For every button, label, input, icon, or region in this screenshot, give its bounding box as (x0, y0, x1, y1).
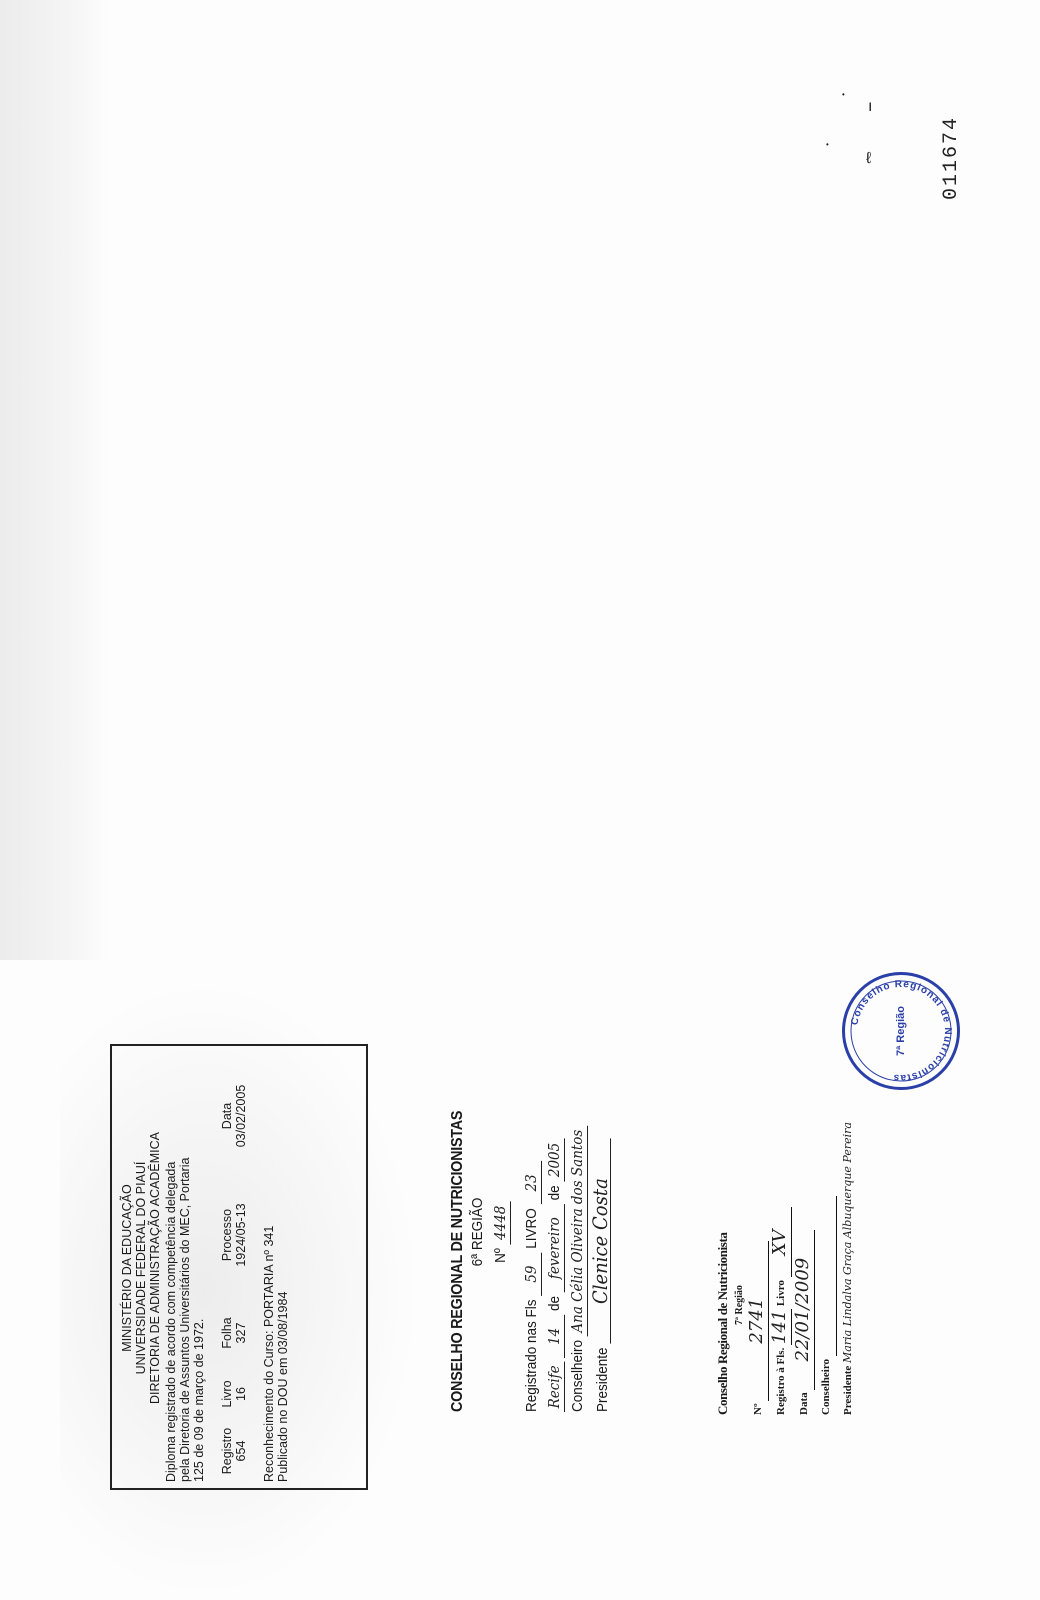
mec-paragraph: Diploma registrado de acordo com competê… (164, 1054, 206, 1482)
crn6-number: Nº 4448 (490, 1088, 511, 1376)
stray-mark: • (826, 140, 829, 149)
stray-mark: ℓ (866, 150, 871, 168)
crn7-stamp: Conselho Regional de Nutricionista 7ª Re… (712, 1095, 912, 1415)
crn6-date-row: Recife 14 de fevereiro de 2005 (544, 1088, 565, 1412)
crn7-data-row: Data 22/01/2009 (792, 1095, 815, 1415)
crn7-region: 7ª Região (734, 1095, 746, 1325)
field-data: Data 03/02/2005 (220, 1060, 248, 1172)
crn7-title: Conselho Regional de Nutricionista (712, 1095, 734, 1415)
mec-registration-box: MINISTÉRIO DA EDUCAÇÃO UNIVERSIDADE FEDE… (110, 1044, 368, 1490)
crn7-presidente-row: Presidente Maria Lindalva Graça Albuquer… (837, 1095, 859, 1415)
crn-seal: Conselho Regional de Nutricionistas 7ª R… (842, 972, 960, 1090)
field-folha: Folha 327 (220, 1298, 248, 1368)
field-livro: Livro 16 (220, 1368, 248, 1420)
crn7-conselheiro-row: Conselheiro (815, 1095, 837, 1415)
stray-mark: ı (868, 98, 872, 116)
serial-number: 011674 (940, 116, 963, 200)
presidente-signature: Clenice Costa (590, 1138, 611, 1343)
mec-recognition: Reconhecimento do Curso: PORTARIA nº 341… (262, 1054, 290, 1482)
crn6-region: 6ª REGIÃO (468, 1088, 488, 1376)
crn6-title: CONSELHO REGIONAL DE NUTRICIONISTAS (448, 1088, 468, 1412)
crn6-registered-row: Registrado nas Fls 59 LIVRO 23 (521, 1088, 542, 1412)
conselheiro-signature: Ana Célia Oliveira dos Santos (567, 1126, 588, 1336)
crn7-number-row: Nº 2741 (746, 1095, 769, 1415)
crn6-stamp: CONSELHO REGIONAL DE NUTRICIONISTAS 6ª R… (448, 1088, 638, 1412)
presidente-signature: Maria Lindalva Graça Albuquerque Pereira (841, 1122, 854, 1363)
crn7-registro-row: Registro à Fls. 141 Livro XV (769, 1095, 792, 1415)
field-processo: Processo 1924/05-13 (220, 1172, 248, 1298)
seal-center-text: 7ª Região (895, 1006, 907, 1056)
crn6-conselheiro-row: Conselheiro Ana Célia Oliveira dos Santo… (567, 1088, 588, 1412)
stray-mark: • (842, 90, 845, 99)
field-registro: Registro 654 (220, 1420, 248, 1482)
mec-fields: Registro 654 Livro 16 Folha 327 Processo… (220, 1054, 248, 1482)
mec-header: MINISTÉRIO DA EDUCAÇÃO UNIVERSIDADE FEDE… (120, 1054, 162, 1482)
scan-shadow (0, 0, 110, 960)
crn6-presidente-row: Presidente Clenice Costa (590, 1088, 613, 1412)
